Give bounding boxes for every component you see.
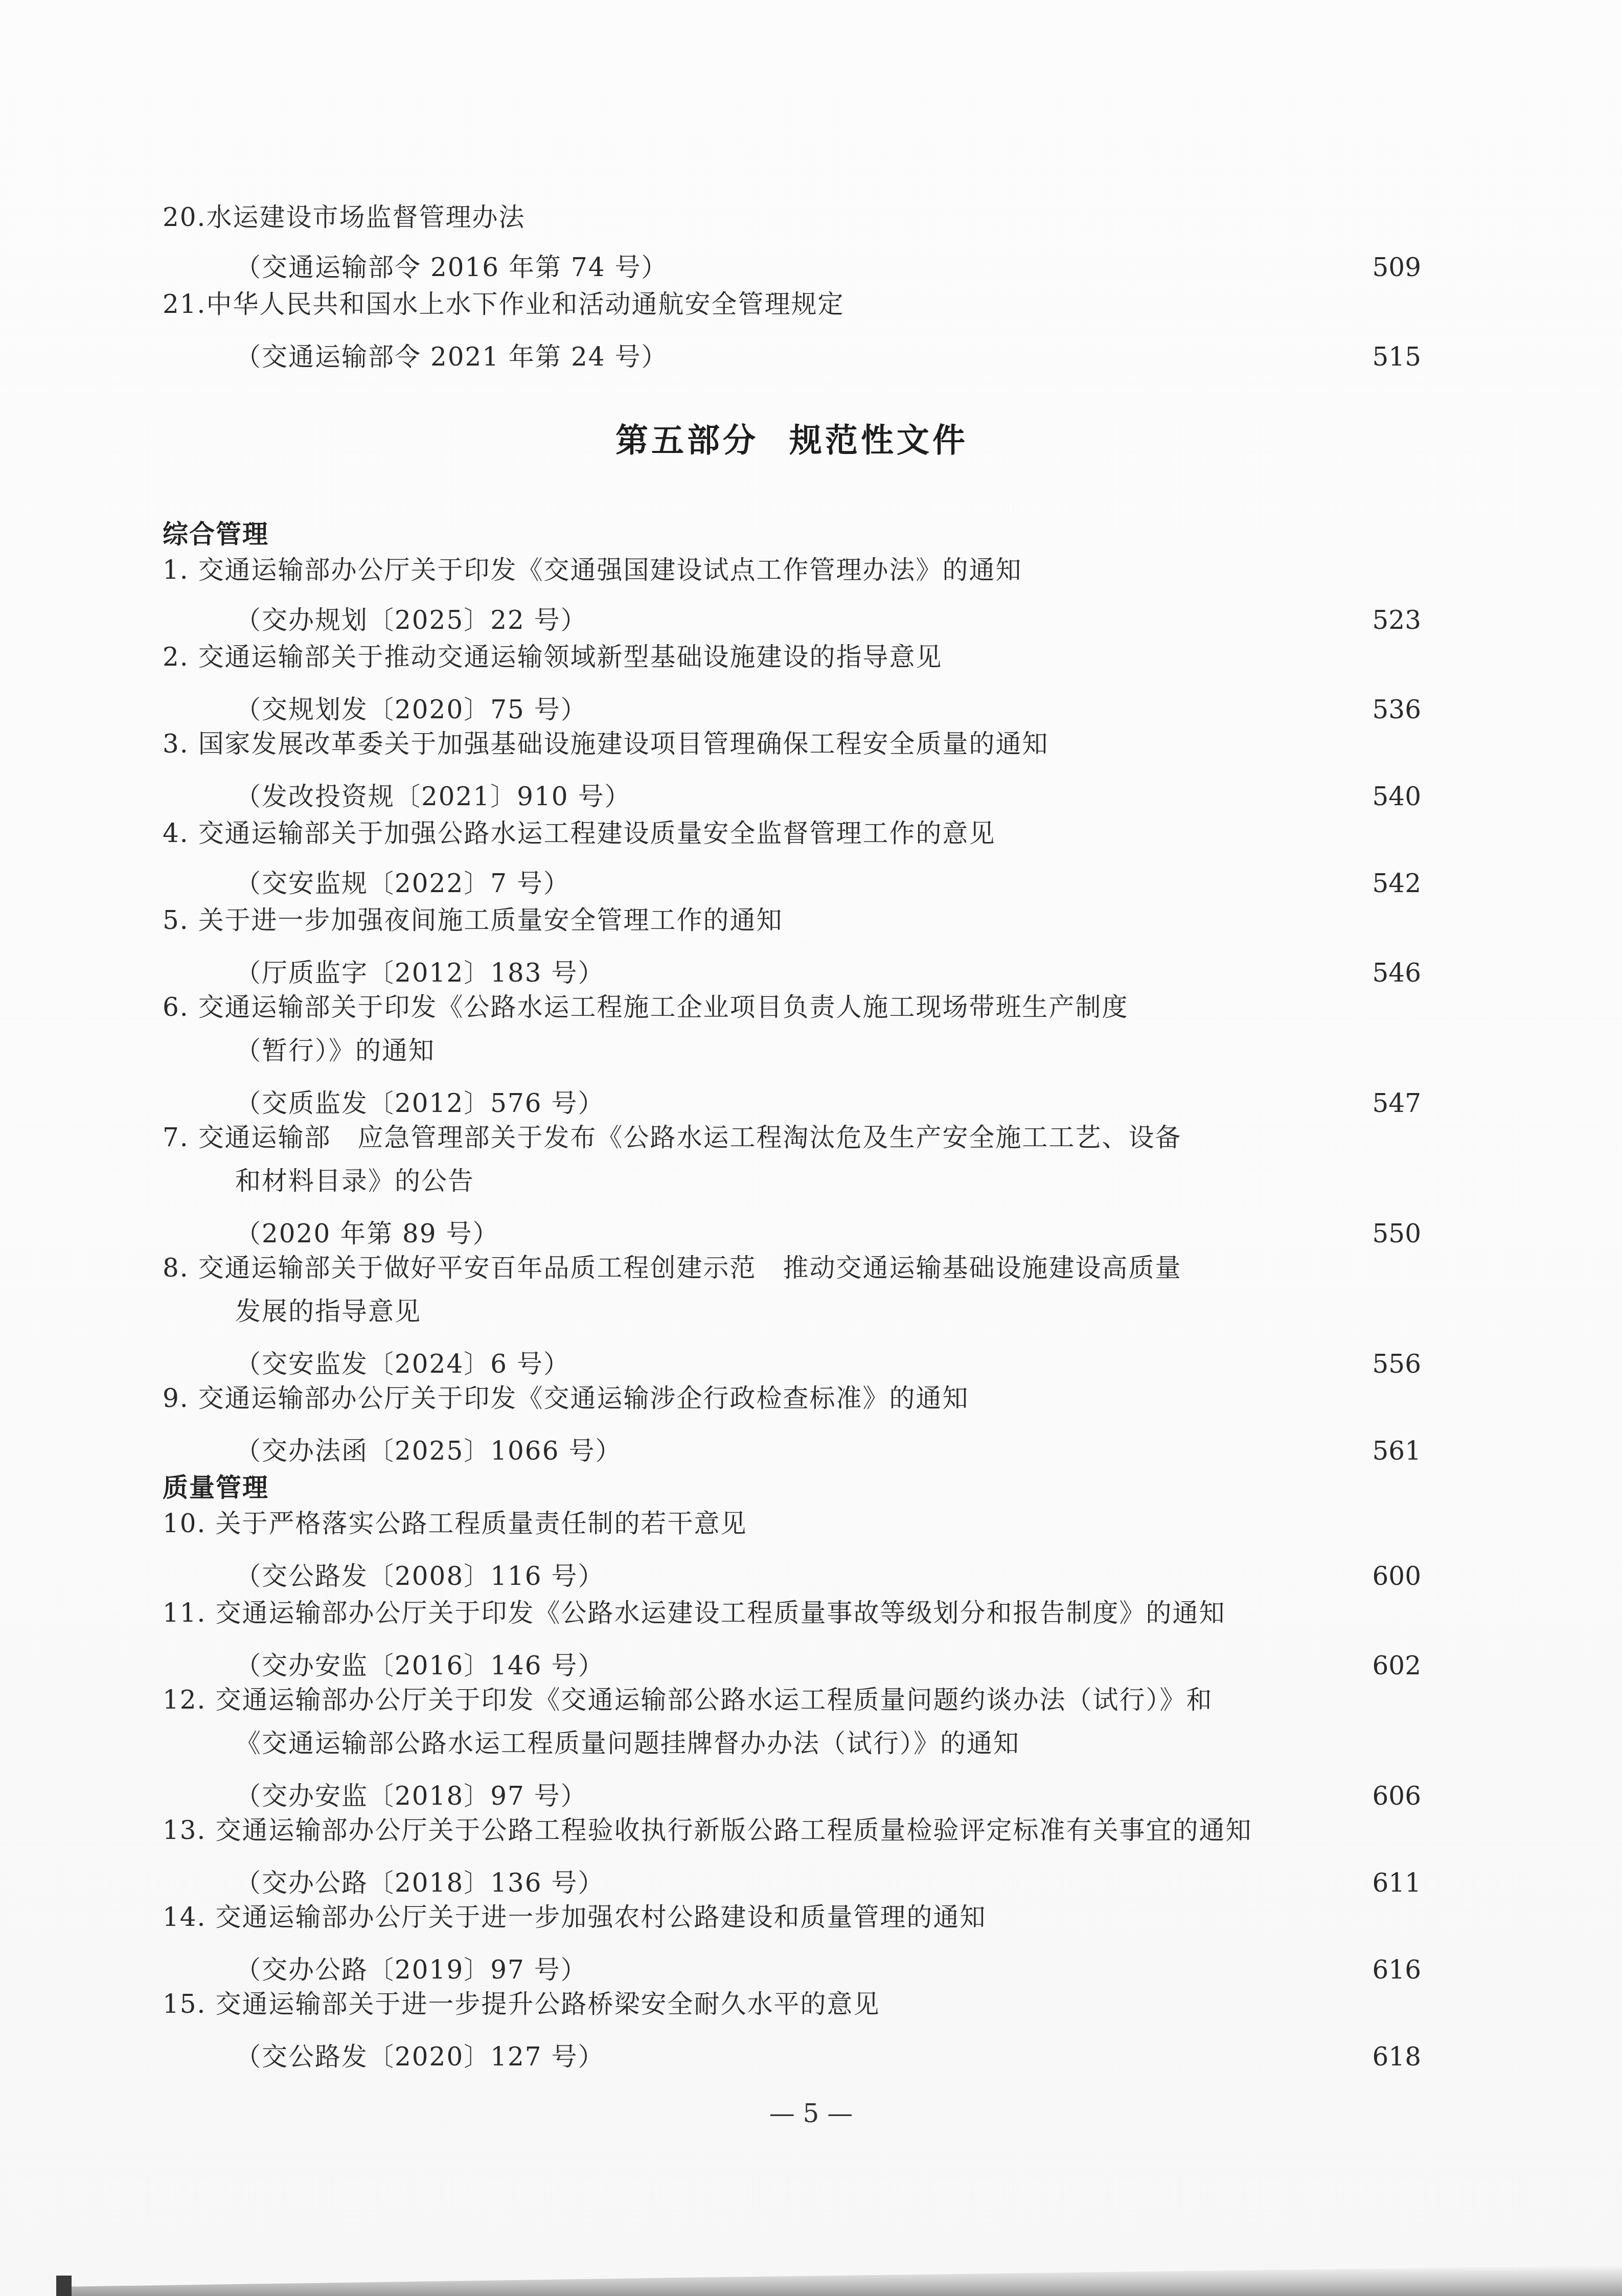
toc-entry-title[interactable]: 2. 交通运输部关于推动交通运输领域新型基础设施建设的指导意见 — [163, 639, 1421, 675]
dot-leader — [612, 1856, 1365, 1892]
toc-entry-continuation: 和材料目录》的公告 — [235, 1163, 1421, 1199]
toc-entry-title[interactable]: 11. 交通运输部办公厅关于印发《公路水运建设工程质量事故等级划分和报告制度》的… — [163, 1595, 1421, 1631]
toc-entry-title[interactable]: 10. 关于严格落实公路工程质量责任制的若干意见 — [163, 1506, 1421, 1541]
dot-leader — [612, 1549, 1365, 1585]
toc-entry-title[interactable]: 20.水运建设市场监督管理办法 — [163, 199, 1421, 235]
dot-leader — [595, 593, 1365, 629]
toc-entry-ref[interactable]: （厅质监字〔2012〕183 号）546 — [235, 946, 1421, 982]
toc-entry-ref[interactable]: （发改投资规〔2021〕910 号）540 — [235, 769, 1421, 805]
page-number: 611 — [1373, 1865, 1421, 1901]
toc-entry-continuation: 发展的指导意见 — [235, 1293, 1421, 1329]
toc-entry-ref[interactable]: （交办安监〔2018〕97 号）606 — [235, 1769, 1421, 1805]
toc-entry-title[interactable]: 13. 交通运输部办公厅关于公路工程验收执行新版公路工程质量检验评定标准有关事宜… — [163, 1812, 1421, 1848]
page-number: 602 — [1373, 1648, 1421, 1684]
toc-entry-ref[interactable]: （交公路发〔2008〕116 号）600 — [235, 1549, 1421, 1585]
toc-entry-title[interactable]: 6. 交通运输部关于印发《公路水运工程施工企业项目负责人施工现场带班生产制度 — [163, 989, 1421, 1025]
dot-leader — [577, 856, 1365, 892]
dot-leader — [612, 1639, 1365, 1674]
scan-corner-shadow — [56, 2276, 72, 2296]
dot-leader — [577, 1337, 1365, 1373]
document-page: 20.水运建设市场监督管理办法 （交通运输部令 2016 年第 74 号）509… — [0, 0, 1622, 2296]
toc-entry-ref[interactable]: （2020 年第 89 号）550 — [235, 1207, 1421, 1242]
toc-entry-ref[interactable]: （交办安监〔2016〕146 号）602 — [235, 1639, 1421, 1674]
toc-entry-title[interactable]: 9. 交通运输部办公厅关于印发《交通运输涉企行政检查标准》的通知 — [163, 1380, 1421, 1416]
toc-entry-ref[interactable]: （交安监规〔2022〕7 号）542 — [235, 856, 1421, 892]
page-number: 540 — [1373, 779, 1421, 814]
toc-entry-title[interactable]: 5. 关于进一步加强夜间施工质量安全管理工作的通知 — [163, 902, 1421, 938]
toc-entry-title[interactable]: 8. 交通运输部关于做好平安百年品质工程创建示范 推动交通运输基础设施建设高质量 — [163, 1250, 1421, 1286]
toc-entry-continuation: 《交通运输部公路水运工程质量问题挂牌督办办法（试行）》的通知 — [235, 1725, 1421, 1761]
page-number: 542 — [1373, 866, 1421, 901]
page-number: 509 — [1373, 249, 1421, 285]
dot-leader — [612, 2030, 1365, 2065]
toc-entry-continuation: （暂行）》的通知 — [235, 1033, 1421, 1069]
dot-leader — [595, 683, 1365, 718]
dot-leader — [675, 330, 1365, 366]
page-number: 550 — [1373, 1216, 1421, 1252]
toc-entry-ref[interactable]: （交办规划〔2025〕22 号）523 — [235, 593, 1421, 629]
toc-entry-ref[interactable]: （交通运输部令 2021 年第 24 号）515 — [235, 330, 1421, 366]
toc-entry-ref[interactable]: （交办公路〔2018〕136 号）611 — [235, 1856, 1421, 1892]
page-number: 600 — [1373, 1558, 1421, 1594]
toc-entry-title[interactable]: 1. 交通运输部办公厅关于印发《交通强国建设试点工作管理办法》的通知 — [163, 552, 1421, 588]
page-number: 616 — [1373, 1952, 1421, 1988]
page-number: 547 — [1373, 1085, 1421, 1121]
dot-leader — [675, 240, 1365, 276]
toc-entry-title[interactable]: 21.中华人民共和国水上水下作业和活动通航安全管理规定 — [163, 286, 1421, 322]
toc-entry-title[interactable]: 14. 交通运输部办公厅关于进一步加强农村公路建设和质量管理的通知 — [163, 1899, 1421, 1935]
dot-leader — [612, 946, 1365, 982]
toc-entry-ref[interactable]: （交办公路〔2019〕97 号）616 — [235, 1943, 1421, 1979]
dot-leader — [638, 769, 1365, 805]
page-number: 515 — [1373, 339, 1421, 375]
toc-entry-title[interactable]: 12. 交通运输部办公厅关于印发《交通运输部公路水运工程质量问题约谈办法（试行）… — [163, 1682, 1421, 1718]
dot-leader — [595, 1943, 1365, 1979]
toc-entry-ref[interactable]: （交质监发〔2012〕576 号）547 — [235, 1076, 1421, 1112]
toc-entry-ref[interactable]: （交规划发〔2020〕75 号）536 — [235, 683, 1421, 718]
toc-entry-title[interactable]: 4. 交通运输部关于加强公路水运工程建设质量安全监督管理工作的意见 — [163, 815, 1421, 851]
toc-entry-ref[interactable]: （交通运输部令 2016 年第 74 号）509 — [235, 240, 1421, 276]
page-number: 618 — [1373, 2039, 1421, 2075]
page-number: 536 — [1373, 692, 1421, 728]
dot-leader — [612, 1076, 1365, 1112]
page-number: 606 — [1373, 1778, 1421, 1814]
section-heading: 综合管理 — [163, 514, 269, 551]
toc-entry-title[interactable]: 7. 交通运输部 应急管理部关于发布《公路水运工程淘汰危及生产安全施工工艺、设备 — [163, 1120, 1421, 1155]
scan-edge-shadow — [56, 2265, 1622, 2296]
toc-entry-ref[interactable]: （交公路发〔2020〕127 号）618 — [235, 2030, 1421, 2065]
page-footer-number: — 5 — — [0, 2099, 1622, 2128]
toc-entry-ref[interactable]: （交安监发〔2024〕6 号）556 — [235, 1337, 1421, 1373]
toc-entry-title[interactable]: 3. 国家发展改革委关于加强基础设施建设项目管理确保工程安全质量的通知 — [163, 726, 1421, 762]
part-title: 第五部分规范性文件 — [163, 414, 1421, 461]
section-heading: 质量管理 — [163, 1467, 269, 1504]
page-number: 523 — [1373, 602, 1421, 638]
page-number: 556 — [1373, 1346, 1421, 1382]
dot-leader — [595, 1769, 1365, 1805]
dot-leader — [507, 1207, 1365, 1242]
dot-leader — [629, 1424, 1365, 1460]
toc-entry-ref[interactable]: （交办法函〔2025〕1066 号）561 — [235, 1424, 1421, 1460]
page-number: 546 — [1373, 955, 1421, 991]
toc-entry-title[interactable]: 15. 交通运输部关于进一步提升公路桥梁安全耐久水平的意见 — [163, 1986, 1421, 2022]
page-number: 561 — [1373, 1433, 1421, 1469]
